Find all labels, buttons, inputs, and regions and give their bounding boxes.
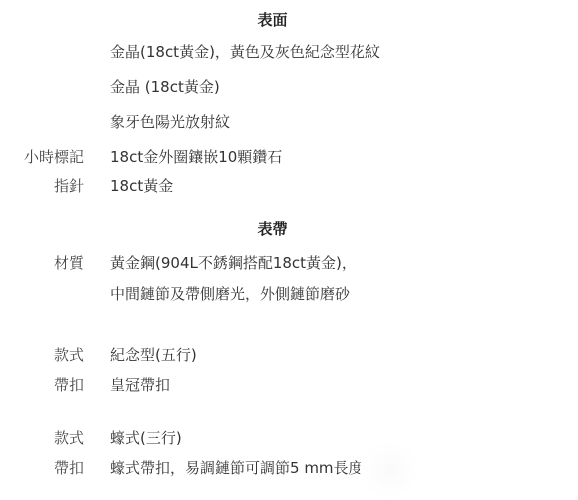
row-value: 金晶(18ct黃金)，黃色及灰色紀念型花紋 [110, 41, 380, 63]
row-label: 材質 [54, 252, 84, 274]
row-value: 18ct金外圈鑲嵌10顆鑽石 [110, 146, 282, 168]
row-label: 帶扣 [54, 374, 84, 396]
row-value: 蠔式帶扣，易調鏈節可調節5 mm長度 [110, 457, 364, 479]
clasp-row: 帶扣 蠔式帶扣，易調鏈節可調節5 mm長度 [0, 457, 578, 479]
row-label: 小時標記 [24, 146, 84, 168]
row-value: 象牙色陽光放射紋 [110, 111, 230, 133]
row-label: 款式 [54, 427, 84, 449]
row-value: 皇冠帶扣 [110, 374, 170, 396]
row-value: 紀念型(五行) [110, 344, 197, 366]
hour-markers-row: 小時標記 18ct金外圈鑲嵌10顆鑽石 [0, 146, 578, 168]
row-value: 金晶 (18ct黃金) [110, 76, 220, 98]
dial-row: 金晶 (18ct黃金) [0, 76, 578, 98]
dial-row: 金晶(18ct黃金)，黃色及灰色紀念型花紋 [0, 41, 578, 63]
bracelet-heading: 表帶 [0, 218, 545, 239]
dial-row: 象牙色陽光放射紋 [0, 111, 578, 133]
dial-heading: 表面 [0, 9, 545, 30]
row-label: 帶扣 [54, 457, 84, 479]
row-value: 蠔式(三行) [110, 427, 182, 449]
material-row-continued: 中間鏈節及帶側磨光，外側鏈節磨砂 [0, 283, 578, 305]
clasp-row: 帶扣 皇冠帶扣 [0, 374, 578, 396]
material-row: 材質 黃金鋼(904L不銹鋼搭配18ct黃金)， [0, 252, 578, 274]
row-label: 指針 [54, 175, 84, 197]
style-row: 款式 蠔式(三行) [0, 427, 578, 449]
row-value: 中間鏈節及帶側磨光，外側鏈節磨砂 [110, 283, 350, 305]
row-label: 款式 [54, 344, 84, 366]
row-value: 18ct黃金 [110, 175, 173, 197]
hands-row: 指針 18ct黃金 [0, 175, 578, 197]
background-glow [360, 440, 420, 500]
row-value: 黃金鋼(904L不銹鋼搭配18ct黃金)， [110, 252, 357, 274]
style-row: 款式 紀念型(五行) [0, 344, 578, 366]
